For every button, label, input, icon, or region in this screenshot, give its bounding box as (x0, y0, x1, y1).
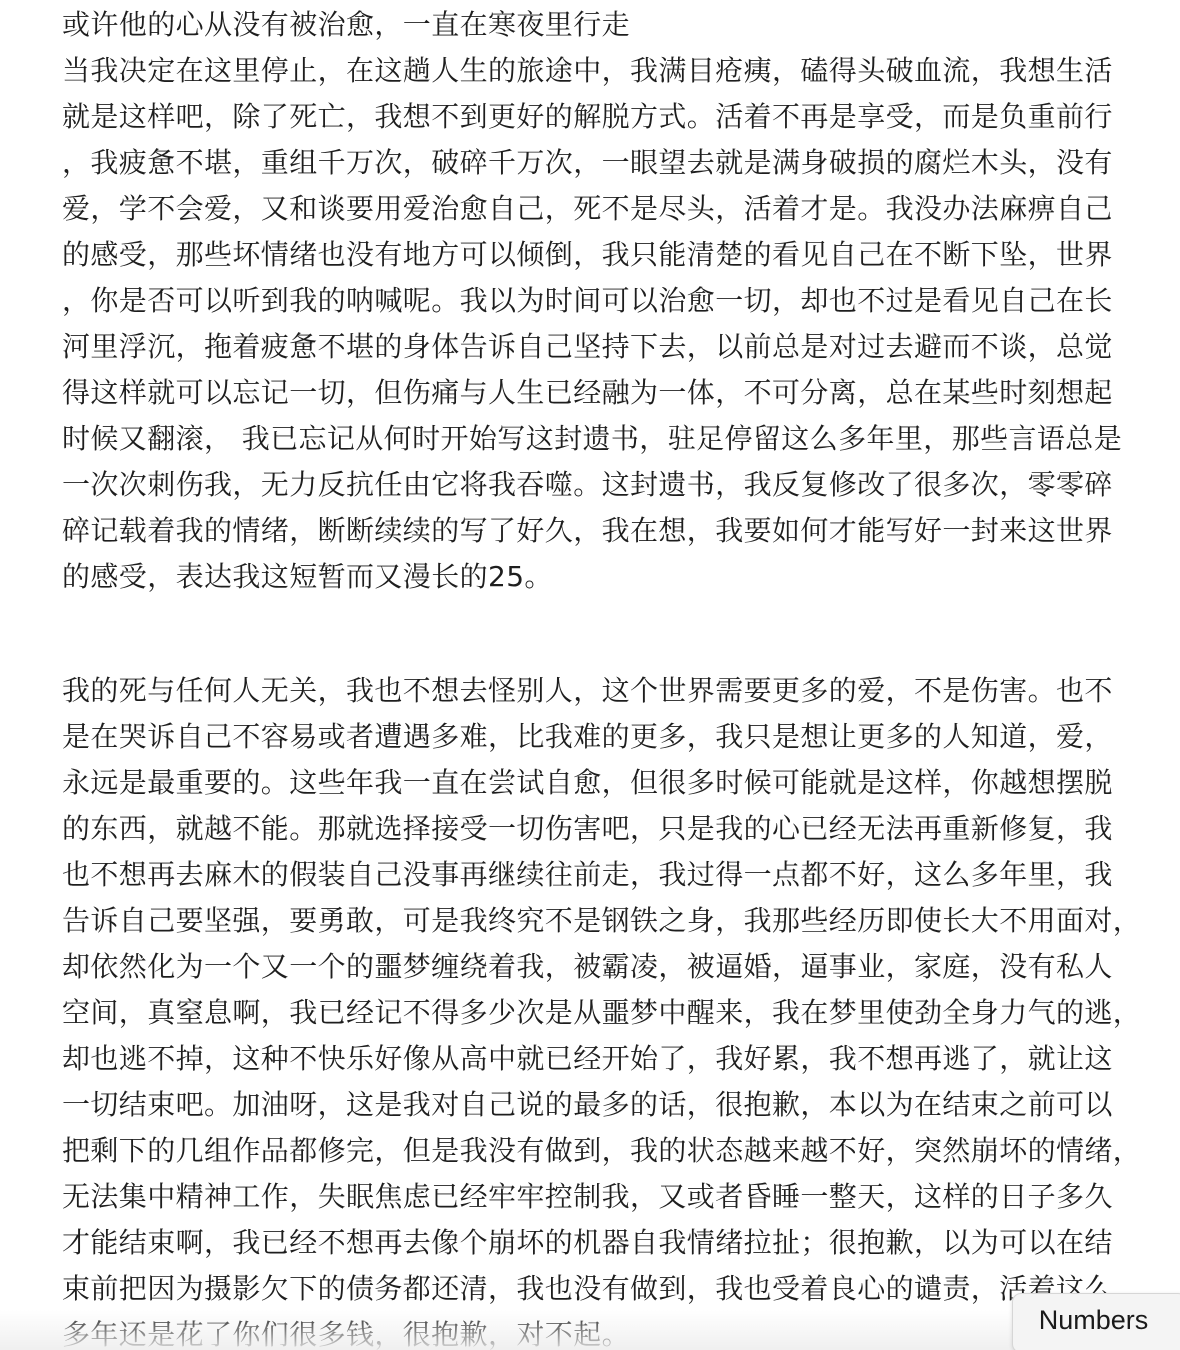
text-line: 也不想再去麻木的假装自己没事再继续往前走，我过得一点都不好，这么多年里，我 (62, 852, 1162, 898)
text-line: 却依然化为一个又一个的噩梦缠绕着我，被霸凌，被逼婚，逼事业，家庭，没有私人 (62, 944, 1162, 990)
document-body: 或许他的心从没有被治愈，一直在寒夜里行走 当我决定在这里停止，在这趟人生的旅途中… (62, 0, 1162, 1350)
text-line: 是在哭诉自己不容易或者遭遇多难，比我难的更多，我只是想让更多的人知道，爱， (62, 714, 1162, 760)
text-line: 束前把因为摄影欠下的债务都还清，我也没有做到，我也受着良心的谴责，活着这么 (62, 1266, 1162, 1312)
text-line: 无法集中精神工作，失眠焦虑已经牢牢控制我，又或者昏睡一整天，这样的日子多久 (62, 1174, 1162, 1220)
text-line: 就是这样吧，除了死亡，我想不到更好的解脱方式。活着不再是享受，而是负重前行 (62, 94, 1162, 140)
text-line: ，我疲惫不堪，重组千万次，破碎千万次，一眼望去就是满身破损的腐烂木头，没有 (62, 140, 1162, 186)
text-line: 的东西，就越不能。那就选择接受一切伤害吧，只是我的心已经无法再重新修复，我 (62, 806, 1162, 852)
text-line: 得这样就可以忘记一切，但伤痛与人生已经融为一体，不可分离，总在某些时刻想起 (62, 370, 1162, 416)
text-line: 永远是最重要的。这些年我一直在尝试自愈，但很多时候可能就是这样，你越想摆脱 (62, 760, 1162, 806)
text-line: 才能结束啊，我已经不想再去像个崩坏的机器自我情绪拉扯；很抱歉，以为可以在结 (62, 1220, 1162, 1266)
numbers-button-label: Numbers (1039, 1305, 1149, 1336)
text-line: ，你是否可以听到我的呐喊呢。我以为时间可以治愈一切，却也不过是看见自己在长 (62, 278, 1162, 324)
text-line: 把剩下的几组作品都修完，但是我没有做到，我的状态越来越不好，突然崩坏的情绪， (62, 1128, 1162, 1174)
text-line: 当我决定在这里停止，在这趟人生的旅途中，我满目疮痍，磕得头破血流，我想生活 (62, 48, 1162, 94)
text-line: 爱，学不会爱，又和谈要用爱治愈自己，死不是尽头，活着才是。我没办法麻痹自己 (62, 186, 1162, 232)
text-line: 却也逃不掉，这种不快乐好像从高中就已经开始了，我好累，我不想再逃了，就让这 (62, 1036, 1162, 1082)
text-line: 我的死与任何人无关，我也不想去怪别人，这个世界需要更多的爱，不是伤害。也不 (62, 668, 1162, 714)
text-line: 告诉自己要坚强，要勇敢，可是我终究不是钢铁之身，我那些经历即使长大不用面对， (62, 898, 1162, 944)
paragraph-1: 当我决定在这里停止，在这趟人生的旅途中，我满目疮痍，磕得头破血流，我想生活 就是… (62, 48, 1162, 600)
text-line: 的感受，那些坏情绪也没有地方可以倾倒，我只能清楚的看见自己在不断下坠，世界 (62, 232, 1162, 278)
text-line: 时候又翻滚， 我已忘记从何时开始写这封遗书，驻足停留这么多年里，那些言语总是 (62, 416, 1162, 462)
paragraph-spacer (62, 600, 1162, 668)
text-line: 一切结束吧。加油呀，这是我对自己说的最多的话，很抱歉，本以为在结束之前可以 (62, 1082, 1162, 1128)
text-line: 空间，真窒息啊，我已经记不得多少次是从噩梦中醒来，我在梦里使劲全身力气的逃， (62, 990, 1162, 1036)
text-line: 碎记载着我的情绪，断断续续的写了好久，我在想，我要如何才能写好一封来这世界 (62, 508, 1162, 554)
paragraph-2: 我的死与任何人无关，我也不想去怪别人，这个世界需要更多的爱，不是伤害。也不 是在… (62, 668, 1162, 1350)
text-line: 一次次刺伤我，无力反抗任由它将我吞噬。这封遗书，我反复修改了很多次，零零碎 (62, 462, 1162, 508)
text-line: 的感受，表达我这短暂而又漫长的25。 (62, 554, 1162, 600)
numbers-button[interactable]: Numbers (1012, 1293, 1180, 1350)
text-line: 河里浮沉，拖着疲惫不堪的身体告诉自己坚持下去，以前总是对过去避而不谈，总觉 (62, 324, 1162, 370)
text-line: 多年还是花了你们很多钱，很抱歉，对不起。 (62, 1312, 1162, 1350)
document-title-line: 或许他的心从没有被治愈，一直在寒夜里行走 (62, 0, 1162, 48)
